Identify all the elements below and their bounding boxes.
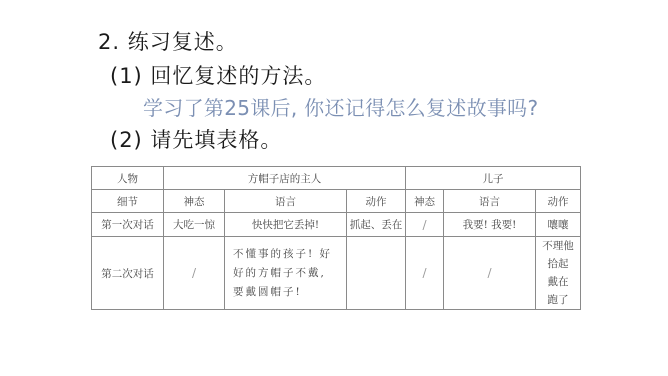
header-cell: 细节 [92,190,164,213]
col-header: 动作 [347,190,406,213]
row-label: 第二次对话 [92,237,164,310]
header-cell: 人物 [92,167,164,190]
table-cell: / [406,237,444,310]
table-row-characters: 人物 方帽子店的主人 儿子 [92,167,581,190]
row-label: 第一次对话 [92,213,164,237]
table-cell: 嚷嚷 [536,213,581,237]
character-table: 人物 方帽子店的主人 儿子 细节 神态 语言 动作 神态 语言 动作 第一次对话… [91,166,581,310]
table-cell: 不理他 拾起 戴在 跑了 [536,237,581,310]
cell-line: 拾起 [536,255,580,273]
table-row: 第一次对话 大吃一惊 快快把它丢掉! 抓起、丢在 / 我要! 我要! 嚷嚷 [92,213,581,237]
table-cell: 大吃一惊 [164,213,225,237]
table-row-details: 细节 神态 语言 动作 神态 语言 动作 [92,190,581,213]
group-son: 儿子 [406,167,581,190]
group-shop-owner: 方帽子店的主人 [164,167,406,190]
cell-line: 跑了 [536,291,580,309]
prompt-question: 学习了第25课后, 你还记得怎么复述故事吗? [143,92,538,121]
table-cell: / [406,213,444,237]
table-cell [347,237,406,310]
table-cell: / [164,237,225,310]
table-cell: 不懂事的孩子! 好好的方帽子不戴, 要戴圆帽子! [225,237,347,310]
table-cell: 我要! 我要! [444,213,536,237]
cell-line: 不理他 [536,237,580,255]
cell-line: 戴在 [536,273,580,291]
col-header: 动作 [536,190,581,213]
table-cell: 抓起、丢在 [347,213,406,237]
col-header: 神态 [164,190,225,213]
col-header: 神态 [406,190,444,213]
table-cell: / [444,237,536,310]
exercise-heading: 2. 练习复述。 [98,26,238,56]
col-header: 语言 [225,190,347,213]
table-row: 第二次对话 / 不懂事的孩子! 好好的方帽子不戴, 要戴圆帽子! / / 不理他… [92,237,581,310]
col-header: 语言 [444,190,536,213]
subtask-2: (2) 请先填表格。 [110,124,282,154]
table-cell: 快快把它丢掉! [225,213,347,237]
subtask-1: (1) 回忆复述的方法。 [110,60,326,90]
